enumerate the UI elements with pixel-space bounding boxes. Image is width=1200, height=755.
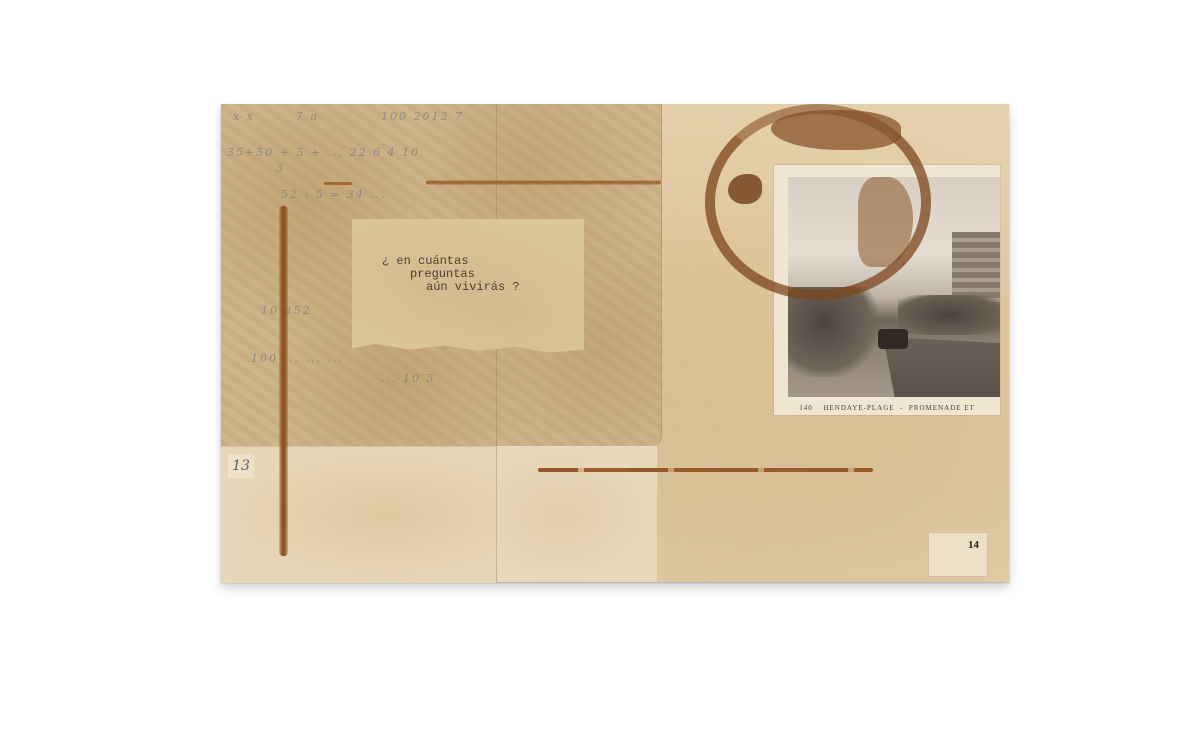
postcard-number: 140	[799, 404, 813, 412]
coffee-blob-stain	[728, 174, 762, 204]
photo-trees	[788, 287, 878, 377]
handwritten-note: 35+50 + 5 + ... 22 6 4 10	[227, 146, 420, 159]
handwritten-note: ... 10 5	[381, 372, 435, 385]
handwritten-note: 7 a	[296, 110, 319, 123]
horizontal-coffee-stain-top	[426, 180, 661, 185]
postcard-caption: 140 HENDAYE-PLAGE - PROMENADE ET	[774, 404, 1000, 412]
small-coffee-stain	[324, 182, 352, 185]
open-book: x x 7 a 100 2012 7 35+50 + 5 + ... 22 6 …	[221, 104, 1009, 582]
vertical-coffee-stain	[279, 206, 288, 556]
typed-note-paper: ¿ en cuántaspreguntasaún vivirás ?	[352, 219, 584, 361]
page-number-left: 13	[228, 454, 254, 478]
handwritten-note: x x	[233, 110, 255, 123]
handwritten-note: 100 2012 7	[381, 110, 464, 123]
handwritten-note: 3	[276, 162, 285, 175]
middle-lower-sheet	[496, 446, 657, 582]
left-page-lower-sheet	[221, 446, 496, 583]
poem-line: aún vivirás ?	[382, 281, 520, 294]
photo-trees	[898, 295, 1000, 335]
horizontal-coffee-stain-bottom	[538, 468, 873, 472]
page-number-right: 14	[928, 532, 988, 577]
photo-car	[878, 329, 908, 349]
handwritten-note: 52 : 5 = 34 ...	[281, 188, 387, 201]
typed-poem: ¿ en cuántaspreguntasaún vivirás ?	[382, 255, 520, 294]
handwritten-note: 100 ... ... ...	[251, 352, 344, 365]
postcard-subtitle: PROMENADE ET	[909, 404, 975, 412]
postcard-place: HENDAYE-PLAGE	[823, 404, 894, 412]
